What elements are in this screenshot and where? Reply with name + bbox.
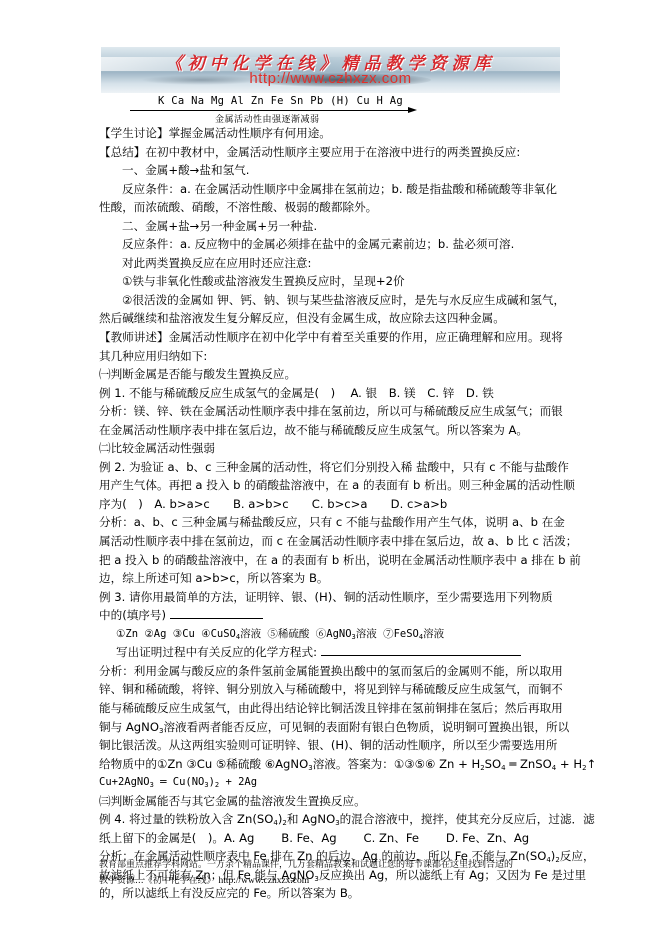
example-3-analysis-5: 铜比银活泼。从这两组实验则可证明锌、银、(H)、铜的活动性顺序，所以至少需要选用… [99,736,569,755]
arrow-right-icon [408,107,417,113]
teacher-lecture: 【教师讲述】金属活动性顺序在初中化学中有着至关重要的作用，应正确理解和应用。现将 [99,328,569,347]
example-3: 例 3. 请你用最简单的方法，证明锌、银、(H)、铜的活动性顺序，至少需要选用下… [99,588,569,607]
example-2-cont: 用产生气体。再把 a 投入 b 的硝酸盐溶液中，在 a 的表面有 b 析出。则三… [99,476,569,495]
example-3-analysis-6: 给物质中的①Zn ③Cu ⑤稀硫酸 ⑥AgNO3溶液。答案为：①③⑤⑥ Zn +… [99,755,569,774]
example-3-options: ①Zn ②Ag ③Cu ④CuSO4溶液 ⑤稀硫酸 ⑥AgNO3溶液 ⑦FeSO… [99,625,569,644]
option-1: ①Zn [116,628,138,640]
footer-line-2: 教学资源...《初中化学在线》 http://www.czhxzx.com [99,874,569,890]
summary: 【总结】在初中教材中，金属活动性顺序主要应用于在溶液中进行的两类置换反应: [99,143,569,162]
example-3-equation-2: Cu+2AgNO3 ═ Cu(NO3)2 + 2Ag [99,773,569,792]
equation-blank[interactable] [321,643,521,656]
example-2-analysis: 分析：a、b、c 三种金属与稀盐酸反应，只有 c 不能与盐酸作用产生气体，说明 … [99,513,569,532]
reaction-type-2-condition: 反应条件：a. 反应物中的金属必须排在盐中的金属元素前边；b. 盐必须可溶. [99,235,569,254]
section-1-heading: ㈠判断金属是否能与酸发生置换反应。 [99,365,569,384]
reaction-type-1-condition-cont: 性酸，而浓硫酸、硝酸，不溶性酸、极弱的酸都除外。 [99,198,569,217]
note-2-cont: 然后碱继续和盐溶液发生复分解反应，但没有金属生成，故应除去这四种金属。 [99,309,569,328]
example-3-cont: 中的(填序号) [99,606,569,625]
reaction-type-1-title: 一、金属+酸→盐和氢气. [99,161,569,180]
option-7: ⑦FeSO4溶液 [383,628,444,640]
example-3-prompt: 中的(填序号) [99,608,166,622]
reaction-type-1-condition: 反应条件：a. 在金属活动性顺序中金属排在氢前边；b. 酸是指盐酸和稀硫酸等非氧… [99,180,569,199]
example-3-analysis-1: 分析：利用金属与酸反应的条件氢前金属能置换出酸中的氢而氢后的金属则不能，所以取用 [99,662,569,681]
option-5: ⑤稀硫酸 [267,628,309,640]
answer-blank[interactable] [170,606,263,619]
example-1-analysis: 分析：镁、锌、铁在金属活动性顺序表中排在氢前边，所以可与稀硫酸反应生成氢气；而银 [99,402,569,421]
footer-url-link[interactable]: http://www.czhxzx.com [218,876,309,886]
example-2-options: 序为( ) A. b>a>c B. a>b>c C. b>c>a D. c>a>… [99,495,569,514]
example-3-analysis-2: 锌、铜和稀硫酸，将锌、铜分别放入与稀硫酸中，将见到锌与稀硫酸反应生成氢气，而铜不 [99,680,569,699]
header-banner: 《初中化学在线》精品教学资源库 http://www.czhxzx.com [101,47,560,93]
equation-prompt: 写出证明过程中有关反应的化学方程式: [99,643,569,662]
example-1-analysis-cont: 在金属活动性顺序表中排在氢后边，故不能与稀硫酸反应生成氢气。所以答案为 A。 [99,421,569,440]
section-3-heading: ㈢判断金属能否与其它金属的盐溶液发生置换反应。 [99,792,569,811]
example-2: 例 2. 为验证 a、b、c 三种金属的活动性，将它们分别投入稀 盐酸中，只有 … [99,458,569,477]
student-discussion: 【学生讨论】掌握金属活动性顺序有何用途。 [99,124,569,143]
activity-series-arrow-line [130,110,410,111]
activity-series-elements: K Ca Na Mg Al Zn Fe Sn Pb (H) Cu H Ag [158,95,403,107]
example-3-analysis-4: 铜与 AgNO3溶液看两者能否反应，可见铜的表面附有银白色物质，说明铜可置换出银… [99,718,569,737]
note-1: ①铁与非氧化性酸或盐溶液发生置换反应时，呈现+2价 [99,272,569,291]
note-2: ②很活泼的金属如 钾、钙、钠、钡与某些盐溶液反应时，是先与水反应生成碱和氢气， [99,291,569,310]
option-6: ⑥AgNO3溶液 [316,628,377,640]
reaction-type-2-title: 二、金属+盐→另一种金属+另一种盐. [99,217,569,236]
example-1: 例 1. 不能与稀硫酸反应生成氢气的金属是( ) A. 银 B. 镁 C. 锌 … [99,384,569,403]
option-4: ④CuSO4溶液 [201,628,261,640]
document-page: 《初中化学在线》精品教学资源库 http://www.czhxzx.com K … [0,0,661,935]
option-3: ③Cu [173,628,195,640]
option-2: ②Ag [144,628,166,640]
section-2-heading: ㈡比较金属活动性强弱 [99,439,569,458]
document-body: 【学生讨论】掌握金属活动性顺序有何用途。 【总结】在初中教材中，金属活动性顺序主… [99,124,569,903]
example-2-analysis-2: 属活动性顺序表中排在氢前边，而 c 在金属活动性顺序表中排在氢后边，故 a、b … [99,532,569,551]
example-4: 例 4. 将过量的铁粉放入含 Zn(SO4)2和 AgNO3的混合溶液中，搅拌，… [99,810,569,829]
example-2-analysis-3: 把 a 投入 b 的硝酸盐溶液中，在 a 的表面有 b 析出，说明在金属活动性顺… [99,551,569,570]
banner-url: http://www.czhxzx.com [101,70,560,87]
footer: 教育部重点推荐学科网站。一万余个精品课件，几万套精品教案和试题让您的每节课都在这… [99,858,569,889]
teacher-lecture-cont: 其几种应用归纳如下: [99,347,569,366]
notes-intro: 对此两类置换反应在应用时还应注意: [99,254,569,273]
example-2-analysis-4: 边，综上所述可知 a>b>c，所以答案为 B。 [99,569,569,588]
example-4-options: 纸上留下的金属是( )。A. Ag B. Fe、Ag C. Zn、Fe D. F… [99,829,569,848]
example-3-analysis-3: 能与稀硫酸反应生成氢气，由此得出结论锌比铜活泼且锌排在氢前铜排在氢后；然后再取用 [99,699,569,718]
footer-line-1: 教育部重点推荐学科网站。一万余个精品课件，几万套精品教案和试题让您的每节课都在这… [99,858,569,874]
